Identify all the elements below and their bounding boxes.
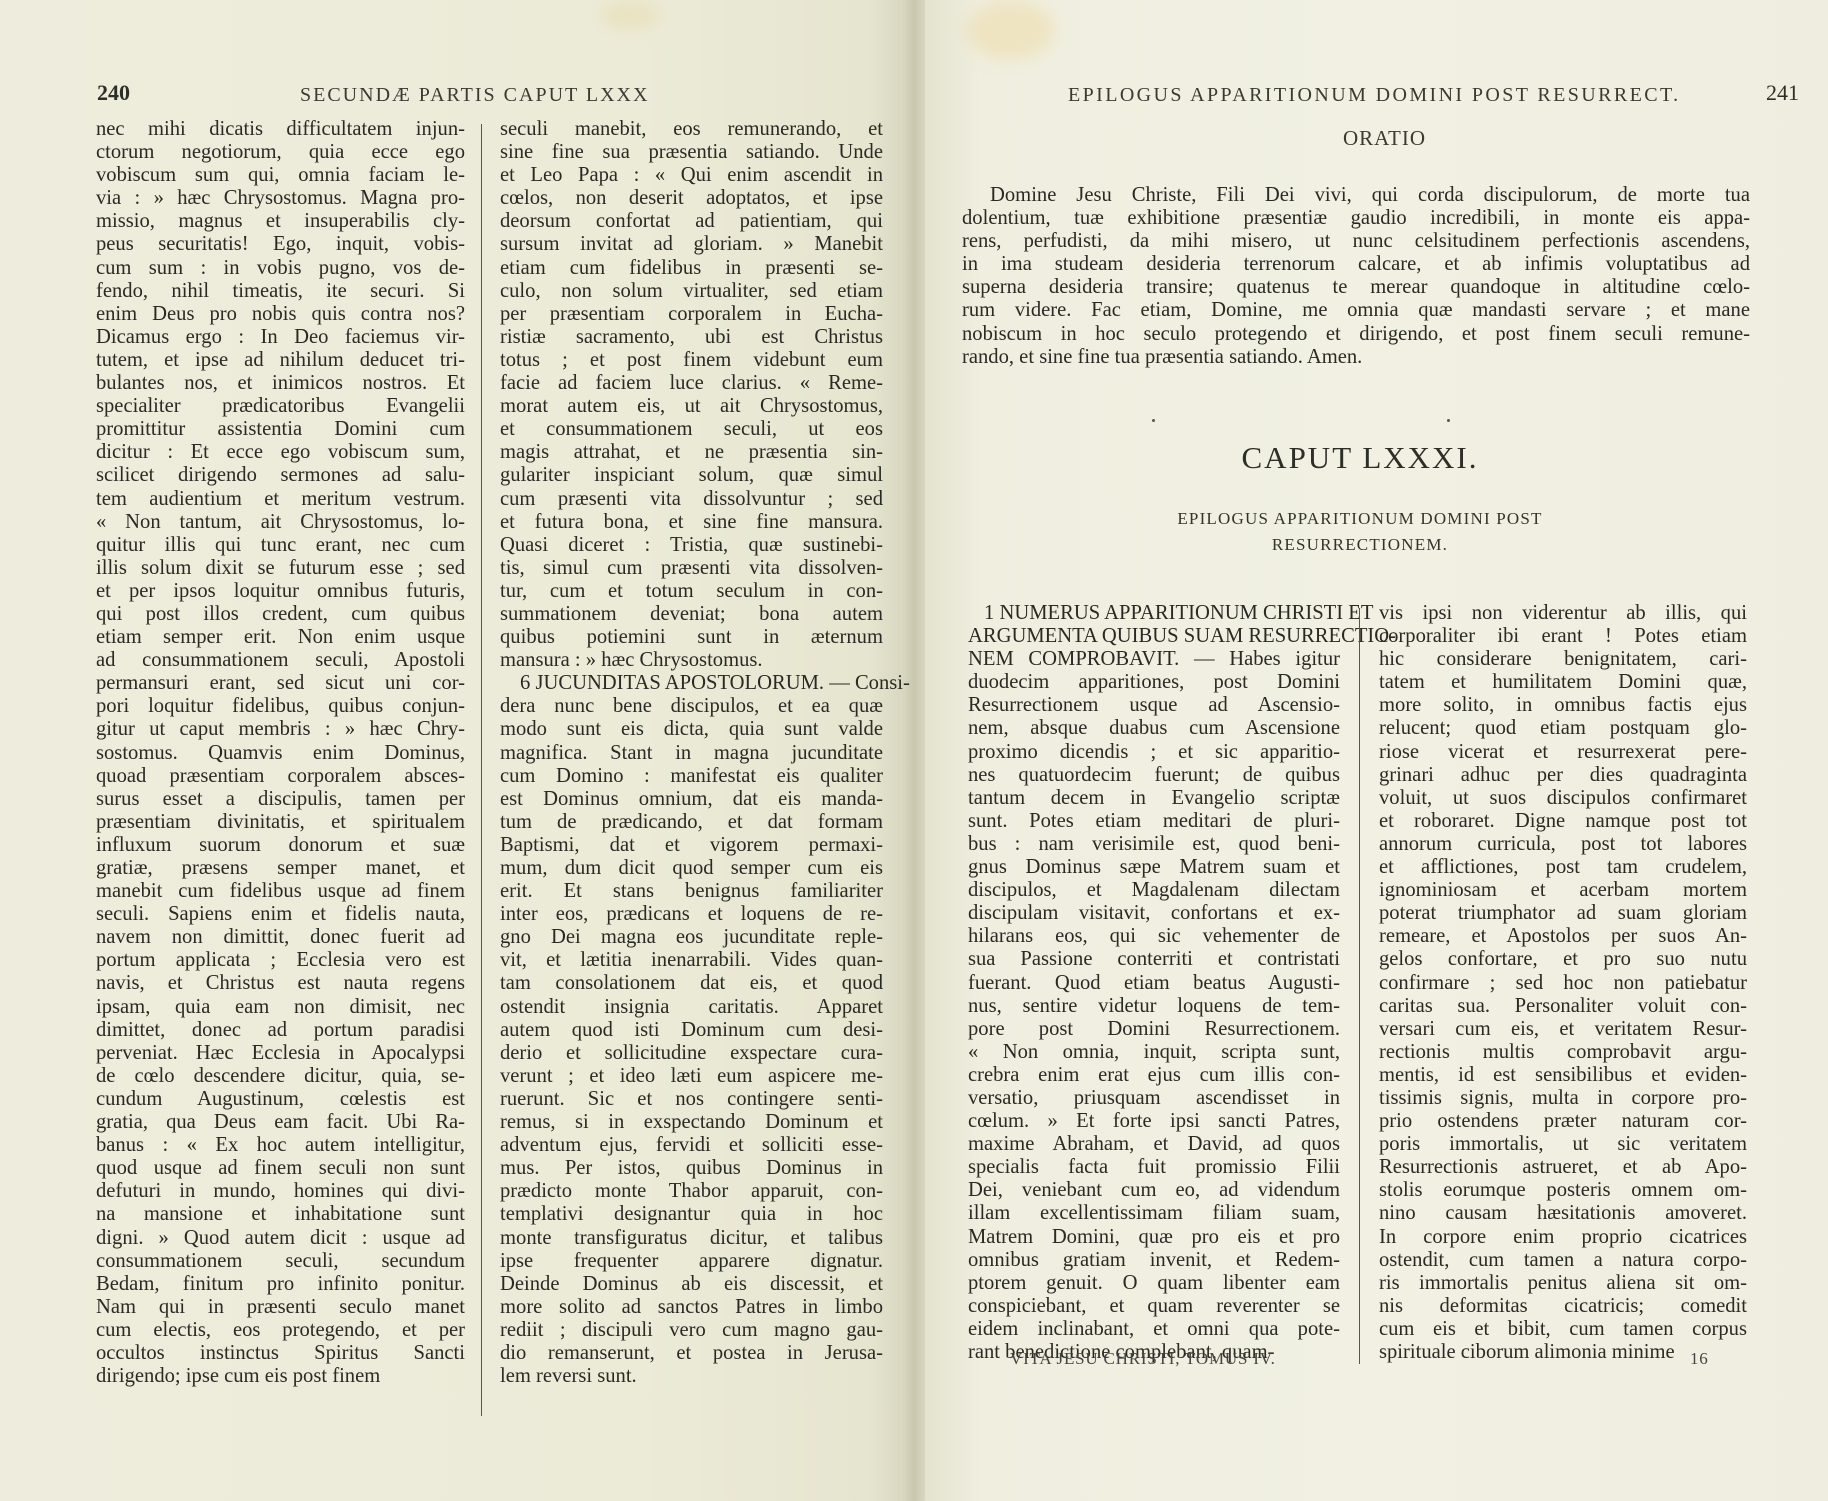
text-line: « Non tantum, ait Chrysostomus, lo- bbox=[96, 511, 465, 534]
text-line: derio et sollicitudine exspectare cura- bbox=[500, 1042, 883, 1065]
page-number: 241 bbox=[1766, 80, 1799, 106]
text-line: facie ad faciem luce clarius. « Reme- bbox=[500, 372, 883, 395]
text-line: remeare, et Apostolos per suos An- bbox=[1379, 925, 1747, 948]
text-line: ristiæ sacramento, ubi est Christus bbox=[500, 326, 883, 349]
text-line: prædicto monte Thabor apparuit, con- bbox=[500, 1180, 883, 1203]
text-line: cum præsenti vita dissolvuntur ; sed bbox=[500, 488, 883, 511]
text-line: dolentium, tuæ exhibitione præsentiæ gau… bbox=[962, 207, 1750, 230]
text-line: gratiæ, præsens semper manet, et bbox=[96, 857, 465, 880]
text-line: via : » hæc Chrysostomus. Magna pro- bbox=[96, 187, 465, 210]
text-line: tatem et humilitatem Domini quæ, bbox=[1379, 671, 1747, 694]
page-number: 240 bbox=[97, 80, 130, 106]
right-column-1: 1 NUMERUS APPARITIONUM CHRISTI ETARGUMEN… bbox=[968, 602, 1340, 1364]
text-line: tantum decem in Evangelio scriptæ bbox=[968, 787, 1340, 810]
text-line: tissimis signis, multa in corpore pro- bbox=[1379, 1087, 1747, 1110]
text-line: gno Dei magna eos jucunditate reple- bbox=[500, 926, 883, 949]
text-line: sine fine sua præsentia satiando. Unde bbox=[500, 141, 883, 164]
text-line: inter eos, prædicans et loquens de re- bbox=[500, 903, 883, 926]
text-line: erit. Et stans benignus familiariter bbox=[500, 880, 883, 903]
text-line: specialis facta fuit promissio Filii bbox=[968, 1156, 1340, 1179]
text-line: tis, simul cum præsenti vita dissolven- bbox=[500, 557, 883, 580]
text-line: discipulos, et Magdalenam dilectam bbox=[968, 879, 1340, 902]
text-line: banus : « Ex hoc autem intelligitur, bbox=[96, 1134, 465, 1157]
text-line: rediit ; discipuli vero cum magno gau- bbox=[500, 1319, 883, 1342]
text-line: pori loquitur fidelibus, quibus conjun- bbox=[96, 695, 465, 718]
ornament-dot bbox=[1447, 419, 1450, 422]
text-line: hic considerare benignitatem, cari- bbox=[1379, 648, 1747, 671]
text-line: præsentiam divinitatis, et spiritualem bbox=[96, 811, 465, 834]
text-line: in ima studeam desideria terrenorum calc… bbox=[962, 253, 1750, 276]
text-line: et afflictiones, post tam crudelem, bbox=[1379, 856, 1747, 879]
text-line: Baptismi, dat et vigorem permaxi- bbox=[500, 834, 883, 857]
text-line: nino causam hæsitationis amoveret. bbox=[1379, 1202, 1747, 1225]
text-line: ipsam, quia eam non dimisit, nec bbox=[96, 996, 465, 1019]
text-line: nec mihi dicatis difficultatem injun- bbox=[96, 118, 465, 141]
text-line: quod usque ad finem seculi non sunt bbox=[96, 1157, 465, 1180]
text-line: tutem, et ipse ad nihilum deducet tri- bbox=[96, 349, 465, 372]
text-line: Deinde Dominus ab eis discessit, et bbox=[500, 1273, 883, 1296]
text-line: rando, et sine fine tua præsentia satian… bbox=[962, 346, 1750, 369]
text-line: ris immortalis penitus aliena sit om- bbox=[1379, 1272, 1747, 1295]
text-line: illis solum dixit se futurum esse ; sed bbox=[96, 557, 465, 580]
text-line: grinari adhuc per dies quadraginta bbox=[1379, 764, 1747, 787]
text-line: maxime Abraham, et David, ad quos bbox=[968, 1133, 1340, 1156]
text-line: peus securitatis! Ego, inquit, vobis- bbox=[96, 233, 465, 256]
text-line: na mansione et inhabitatione sunt bbox=[96, 1203, 465, 1226]
text-line: qui post illos credent, cum quibus bbox=[96, 603, 465, 626]
text-line: prio ostendens præter naturam cor- bbox=[1379, 1110, 1747, 1133]
text-line: gelos confortare, et pro suo nutu bbox=[1379, 948, 1747, 971]
text-line: dicitur : Et ecce ego vobiscum sum, bbox=[96, 441, 465, 464]
text-line: manebit cum fidelibus usque ad finem bbox=[96, 880, 465, 903]
ornament-dot bbox=[1152, 419, 1155, 422]
text-line: duodecim apparitiones, post Domini bbox=[968, 671, 1340, 694]
text-line: mentis, id est sensibilibus et eviden- bbox=[1379, 1064, 1747, 1087]
column-rule bbox=[1359, 608, 1360, 1364]
text-line: enim Deus pro nobis quis contra nos? bbox=[96, 303, 465, 326]
text-line: ad consummationem seculi, Apostoli bbox=[96, 649, 465, 672]
text-line: etiam semper erit. Non enim usque bbox=[96, 626, 465, 649]
text-line: navem non dimittit, donec fuerit ad bbox=[96, 926, 465, 949]
text-line: ipse frequenter apparere dignatur. bbox=[500, 1250, 883, 1273]
text-line: templativi designantur quia in hoc bbox=[500, 1203, 883, 1226]
text-line: deorsum confortat ad patientiam, qui bbox=[500, 210, 883, 233]
text-line: morat autem eis, ut ait Chrysostomus, bbox=[500, 395, 883, 418]
text-line: tem audientium et meritum vestrum. bbox=[96, 488, 465, 511]
text-line: gitur ut caput membris : » hæc Chry- bbox=[96, 718, 465, 741]
text-line: seculi manebit, eos remunerando, et bbox=[500, 118, 883, 141]
text-line: fuerant. Quod etiam beatus Augusti- bbox=[968, 972, 1340, 995]
text-line: digni. » Quod autem dicit : usque ad bbox=[96, 1227, 465, 1250]
text-line: missio, magnus et insuperabilis cly- bbox=[96, 210, 465, 233]
text-line: sunt. Potes etiam meditari de pluri- bbox=[968, 810, 1340, 833]
text-line: crebra enim erat ejus cum illis con- bbox=[968, 1064, 1340, 1087]
text-line: fendo, nihil timeatis, ite securi. Si bbox=[96, 280, 465, 303]
book-gutter bbox=[905, 0, 925, 1501]
text-line: « Non omnia, inquit, scripta sunt, bbox=[968, 1041, 1340, 1064]
text-line: perveniat. Hæc Ecclesia in Apocalypsi bbox=[96, 1042, 465, 1065]
text-line: stolis eorumque posteris omnem om- bbox=[1379, 1179, 1747, 1202]
text-line: Bedam, finitum pro infinito ponitur. bbox=[96, 1273, 465, 1296]
sheet-number: 16 bbox=[1690, 1349, 1709, 1369]
text-line: totus ; et post finem videbunt eum bbox=[500, 349, 883, 372]
text-line: de cœlo descendere dicitur, quia, se- bbox=[96, 1065, 465, 1088]
text-line: ostendit insignia caritatis. Apparet bbox=[500, 996, 883, 1019]
text-line: per præsentiam corporalem in Eucha- bbox=[500, 303, 883, 326]
text-line: bus : nam verisimile est, quod beni- bbox=[968, 833, 1340, 856]
text-line: autem quod isti Dominum cum desi- bbox=[500, 1019, 883, 1042]
column-rule bbox=[481, 124, 482, 1416]
text-line: et roboraret. Digne namque post tot bbox=[1379, 810, 1747, 833]
text-line: bulantes nos, et inimicos nostros. Et bbox=[96, 372, 465, 395]
text-line: sursum invitat ad gloriam. » Manebit bbox=[500, 233, 883, 256]
text-line: vis ipsi non viderentur ab illis, qui bbox=[1379, 602, 1747, 625]
text-line: remus, si in exspectando Dominum et bbox=[500, 1111, 883, 1134]
text-line: promittitur assistentia Domini cum bbox=[96, 418, 465, 441]
oratio-heading: ORATIO bbox=[941, 126, 1828, 151]
text-line: magnifica. Stant in magna jucunditate bbox=[500, 742, 883, 765]
text-line: Nam qui in præsenti seculo manet bbox=[96, 1296, 465, 1319]
left-column-1: nec mihi dicatis difficultatem injun-cto… bbox=[96, 118, 465, 1388]
text-line: navis, et Christus est nauta regens bbox=[96, 972, 465, 995]
text-line: tum de prædicando, et dat formam bbox=[500, 811, 883, 834]
text-line: versatio, priusquam ascendisset in bbox=[968, 1087, 1340, 1110]
text-line: NEM COMPROBAVIT. — Habes igitur bbox=[968, 648, 1340, 671]
text-line: modo sunt eis dicta, quia sunt valde bbox=[500, 718, 883, 741]
text-line: et futura bona, et sine fine mansura. bbox=[500, 511, 883, 534]
text-line: Resurrectionis astrueret, et ab Apo- bbox=[1379, 1156, 1747, 1179]
text-line: riose vicerat et resurrexerat pere- bbox=[1379, 741, 1747, 764]
text-line: mansura : » hæc Chrysostomus. bbox=[500, 649, 883, 672]
text-line: In corpore enim proprio cicatrices bbox=[1379, 1226, 1747, 1249]
text-line: 6 JUCUNDITAS APOSTOLORUM. — Consi- bbox=[500, 672, 883, 695]
text-line: rum videre. Fac etiam, Domine, me omnia … bbox=[962, 299, 1750, 322]
text-line: proximo dicendis ; et sic apparitio- bbox=[968, 741, 1340, 764]
text-line: monte transfiguratus dicitur, et talibus bbox=[500, 1227, 883, 1250]
text-line: ruerunt. Sic et nos contingere senti- bbox=[500, 1088, 883, 1111]
text-line: mum, dum dicit quod semper cum eis bbox=[500, 857, 883, 880]
text-line: ostendit, cum tamen a natura corpo- bbox=[1379, 1249, 1747, 1272]
text-line: Resurrectionem usque ad Ascensio- bbox=[968, 694, 1340, 717]
text-line: superna desideria transire; quatenus te … bbox=[962, 276, 1750, 299]
text-line: ignominiosam et acerbam mortem bbox=[1379, 879, 1747, 902]
text-line: rens, perfudisti, da mihi misero, ut nun… bbox=[962, 230, 1750, 253]
text-line: more solito, in omnibus factis ejus bbox=[1379, 694, 1747, 717]
right-column-2: vis ipsi non viderentur ab illis, quicor… bbox=[1379, 602, 1747, 1364]
text-line: poris immortalis, ut sic veritatem bbox=[1379, 1133, 1747, 1156]
text-line: relucent; quod etiam postquam glo- bbox=[1379, 717, 1747, 740]
text-line: nis deformitas cicatricis; comedit bbox=[1379, 1295, 1747, 1318]
running-head: SECUNDÆ PARTIS CAPUT LXXX bbox=[300, 84, 649, 107]
text-line: pore post Domini Resurrectionem. bbox=[968, 1018, 1340, 1041]
text-line: Dicamus ergo : In Deo faciemus vir- bbox=[96, 326, 465, 349]
text-line: nobiscum in hoc seculo protegendo et dir… bbox=[962, 323, 1750, 346]
text-line: est Dominus omnium, dat eis manda- bbox=[500, 788, 883, 811]
chapter-subtitle-line-2: RESURRECTIONEM. bbox=[1100, 532, 1620, 558]
text-line: quoad præsentiam corporalem absces- bbox=[96, 765, 465, 788]
left-column-2: seculi manebit, eos remunerando, etsine … bbox=[500, 118, 883, 1388]
text-line: illam excellentissimam filiam suam, bbox=[968, 1202, 1340, 1225]
text-line: Matrem Domini, quæ pro eis et pro bbox=[968, 1226, 1340, 1249]
text-line: discipulam visitavit, confortans et ex- bbox=[968, 902, 1340, 925]
text-line: adventum ejus, fervidi et solliciti esse… bbox=[500, 1134, 883, 1157]
text-line: consummationem seculi, secundum bbox=[96, 1250, 465, 1273]
text-line: nes quatuordecim fuerunt; de quibus bbox=[968, 764, 1340, 787]
text-line: versari cum eis, et veritatem Resur- bbox=[1379, 1018, 1747, 1041]
chapter-subtitle-line-1: EPILOGUS APPARITIONUM DOMINI POST bbox=[1100, 506, 1620, 532]
text-line: sostomus. Quamvis enim Dominus, bbox=[96, 742, 465, 765]
text-line: dimittet, donec ad portum paradisi bbox=[96, 1019, 465, 1042]
text-line: cum sum : in vobis pugno, vos de- bbox=[96, 257, 465, 280]
text-line: omnibus gratiam invenit, et Redem- bbox=[968, 1249, 1340, 1272]
text-line: cundum Augustinum, cœlestis est bbox=[96, 1088, 465, 1111]
text-line: sua Passione conterriti et contristati bbox=[968, 948, 1340, 971]
text-line: cœlum. » Et forte ipsi sancti Patres, bbox=[968, 1110, 1340, 1133]
text-line: tur, cum et totum seculum in con- bbox=[500, 580, 883, 603]
text-line: Dei, veniebant cum eo, ad videndum bbox=[968, 1179, 1340, 1202]
text-line: dio remanserunt, et postea in Jerusa- bbox=[500, 1342, 883, 1365]
text-line: cœlos, non deserit adoptatos, et ipse bbox=[500, 187, 883, 210]
text-line: voluit, ut suos discipulos confirmaret bbox=[1379, 787, 1747, 810]
text-line: gratia, qua Deus eam facit. Ubi Ra- bbox=[96, 1111, 465, 1134]
text-line: rectionis multis comprobavit argu- bbox=[1379, 1041, 1747, 1064]
text-line: influxum suorum donorum et suæ bbox=[96, 834, 465, 857]
text-line: cum electis, eos protegendo, et per bbox=[96, 1319, 465, 1342]
text-line: verunt ; et ideo læti eum aspicere me- bbox=[500, 1065, 883, 1088]
text-line: lem reversi sunt. bbox=[500, 1365, 883, 1388]
chapter-heading-block: CAPUT LXXXI. EPILOGUS APPARITIONUM DOMIN… bbox=[1100, 440, 1620, 558]
text-line: Quasi diceret : Tristia, quæ sustinebi- bbox=[500, 534, 883, 557]
text-line: annorum curricula, post tot labores bbox=[1379, 833, 1747, 856]
text-line: confirmare ; sed hoc non patiebatur bbox=[1379, 972, 1747, 995]
text-line: seculi. Sapiens enim et fidelis nauta, bbox=[96, 903, 465, 926]
text-line: Domine Jesu Christe, Fili Dei vivi, qui … bbox=[962, 184, 1750, 207]
text-line: et Leo Papa : « Qui enim ascendit in bbox=[500, 164, 883, 187]
text-line: cum Domino : manifestat eis qualiter bbox=[500, 765, 883, 788]
text-line: hilarans eos, qui sic vehementer de bbox=[968, 925, 1340, 948]
text-line: dirigendo; ipse cum eis post finem bbox=[96, 1365, 465, 1388]
text-line: ARGUMENTA QUIBUS SUAM RESURRECTIO- bbox=[968, 625, 1340, 648]
text-line: poterat triumphator ad suam gloriam bbox=[1379, 902, 1747, 925]
text-line: surus esset a discipulis, tamen per bbox=[96, 788, 465, 811]
text-line: et per ipsos loquitur omnibus futuris, bbox=[96, 580, 465, 603]
text-line: nem, absque duabus cum Ascensione bbox=[968, 717, 1340, 740]
text-line: quitur illis qui tunc erant, nec cum bbox=[96, 534, 465, 557]
running-head: EPILOGUS APPARITIONUM DOMINI POST RESURR… bbox=[1068, 84, 1681, 107]
text-line: specialiter prædicatoribus Evangelii bbox=[96, 395, 465, 418]
text-line: cum eis et bibit, cum tamen corpus bbox=[1379, 1318, 1747, 1341]
text-line: magis attrahat, et ne præsentia sin- bbox=[500, 441, 883, 464]
text-line: etiam cum fidelibus in præsenti se- bbox=[500, 257, 883, 280]
text-line: scilicet dirigendo sermones ad salu- bbox=[96, 464, 465, 487]
text-line: 1 NUMERUS APPARITIONUM CHRISTI ET bbox=[968, 602, 1340, 625]
text-line: nus, sentire videtur loquens de tem- bbox=[968, 995, 1340, 1018]
signature-mark: VITA JESU CHRISTI, TOMUS IV. bbox=[1010, 1349, 1276, 1369]
text-line: culo, non solum virtualiter, sed etiam bbox=[500, 280, 883, 303]
text-line: more solito ad sanctos Patres in limbo bbox=[500, 1296, 883, 1319]
text-line: conspiciebant, et quam reverenter se bbox=[968, 1295, 1340, 1318]
text-line: defuturi in mundo, homines qui divi- bbox=[96, 1180, 465, 1203]
oratio-text: Domine Jesu Christe, Fili Dei vivi, qui … bbox=[962, 184, 1750, 369]
text-line: portum applicata ; Ecclesia vero est bbox=[96, 949, 465, 972]
left-page: 240 SECUNDÆ PARTIS CAPUT LXXX nec mihi d… bbox=[0, 0, 905, 1501]
text-line: corporaliter ibi erant ! Potes etiam bbox=[1379, 625, 1747, 648]
text-line: dera nunc bene discipulos, et ea quæ bbox=[500, 695, 883, 718]
text-line: eidem inclinabant, et omni qua pote- bbox=[968, 1318, 1340, 1341]
chapter-title: CAPUT LXXXI. bbox=[1100, 440, 1620, 476]
text-line: gulariter inspiciant solum, quæ simul bbox=[500, 464, 883, 487]
text-line: permansuri erant, sed sicut uni cor- bbox=[96, 672, 465, 695]
text-line: occultos instinctus Spiritus Sancti bbox=[96, 1342, 465, 1365]
text-line: gnus Dominus sæpe Matrem suam et bbox=[968, 856, 1340, 879]
text-line: et consummationem seculi, ut eos bbox=[500, 418, 883, 441]
text-line: vit, et lætitia inenarrabili. Vides quan… bbox=[500, 949, 883, 972]
text-line: vobiscum sum qui, omnia faciam le- bbox=[96, 164, 465, 187]
text-line: mus. Per istos, quibus Dominus in bbox=[500, 1157, 883, 1180]
text-line: summationem deveniat; bona autem bbox=[500, 603, 883, 626]
text-line: ctorum negotiorum, quia ecce ego bbox=[96, 141, 465, 164]
text-line: ptorem genuit. O quam libenter eam bbox=[968, 1272, 1340, 1295]
text-line: quibus potiemini sunt in æternum bbox=[500, 626, 883, 649]
text-line: tam consolationem dat eis, et quod bbox=[500, 972, 883, 995]
text-line: caritas sua. Personaliter voluit con- bbox=[1379, 995, 1747, 1018]
